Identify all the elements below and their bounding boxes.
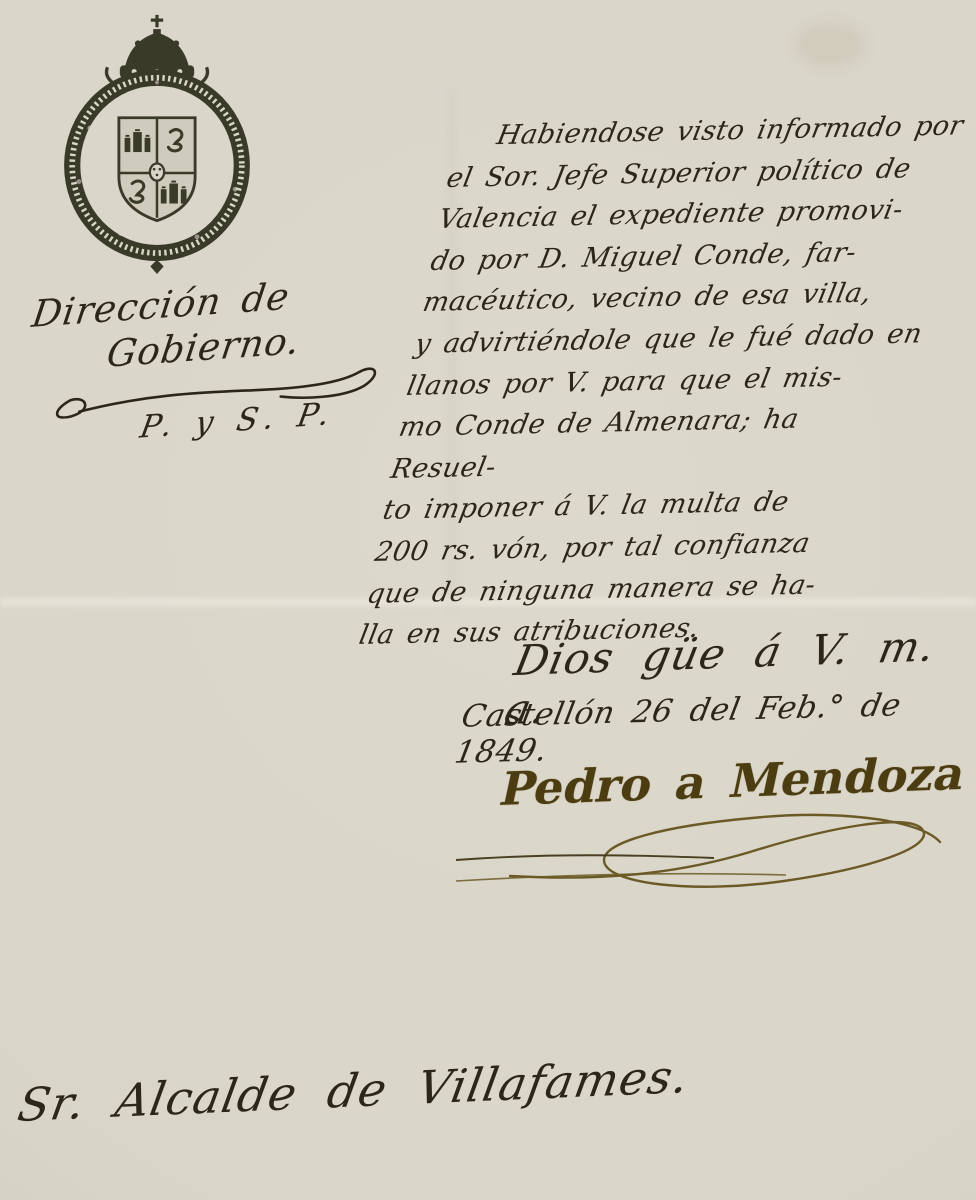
royal-coat-of-arms-stamp-icon (58, 12, 256, 274)
addressee-line: Sr. Alcalde de Villafames. (14, 1045, 789, 1132)
shield (119, 118, 195, 221)
document-page: Dirección de Gobierno. P. y S. P. Habien… (0, 0, 976, 1200)
body-line: mo Conde de Almenara; ha Resuel- (387, 396, 913, 490)
crown-icon (120, 15, 194, 78)
paper-stain (795, 22, 865, 68)
signature-flourish-icon (452, 808, 964, 912)
office-heading: Dirección de Gobierno. P. y S. P. (31, 268, 401, 453)
letter-body: Habiendose visto informado por el Sor. J… (355, 105, 969, 656)
